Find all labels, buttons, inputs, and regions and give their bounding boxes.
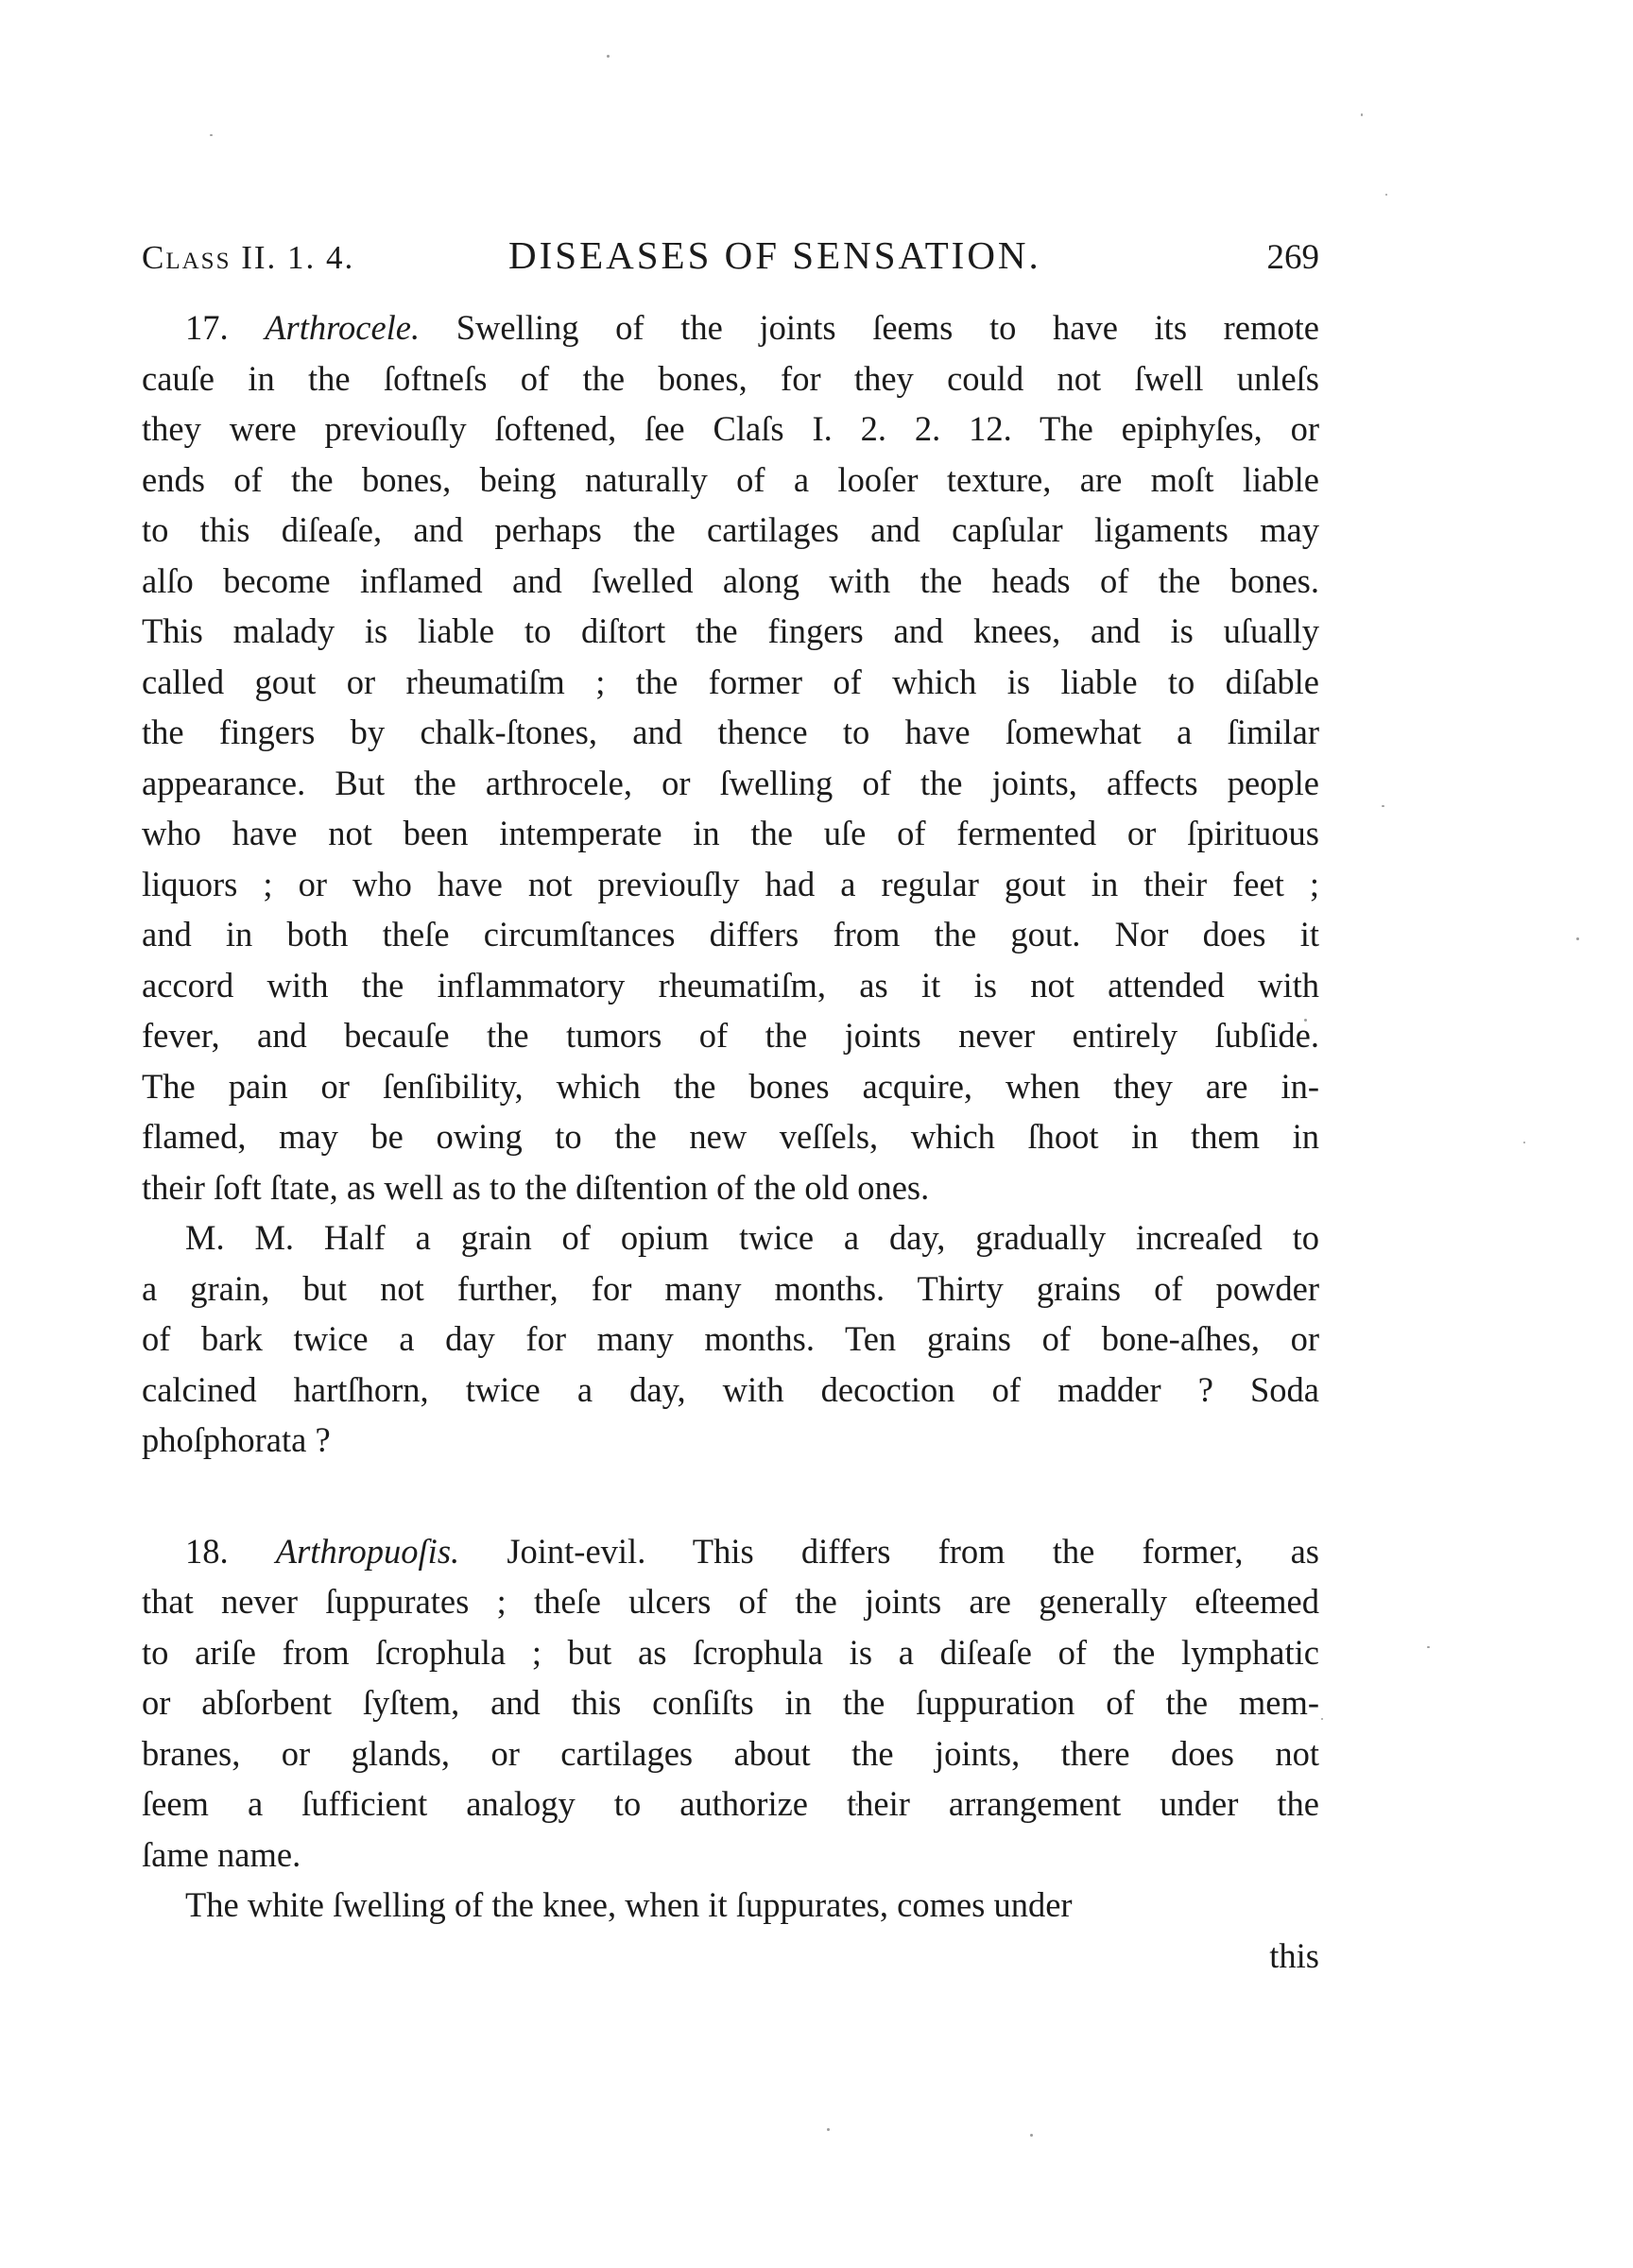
- section-term: Arthropuoſis.: [276, 1532, 459, 1571]
- page-header: Class II. 1. 4. DISEASES OF SENSATION. 2…: [142, 232, 1319, 278]
- paragraph-line: The pain or ſenſibility, which the bones…: [142, 1061, 1319, 1112]
- paragraph-line: and in both theſe circumſtances differs …: [142, 909, 1319, 960]
- paragraph-line: appearance. But the arthrocele, or ſwell…: [142, 758, 1319, 809]
- paragraph-line: of bark twice a day for many months. Ten…: [142, 1314, 1319, 1365]
- catchword: this: [142, 1931, 1319, 1982]
- scan-speck: [855, 1803, 858, 1806]
- scan-speck: [827, 2128, 830, 2131]
- paragraph-line: 18. Arthropuoſis. Joint-evil. This diffe…: [142, 1526, 1319, 1577]
- scan-speck: [151, 1448, 153, 1451]
- paragraph-line: 17. Arthrocele. Swelling of the joints ſ…: [142, 302, 1319, 353]
- paragraph-line: who have not been intemperate in the uſe…: [142, 808, 1319, 859]
- paragraph-line: ſame name.: [142, 1830, 1319, 1881]
- scan-speck: [1385, 194, 1387, 196]
- paragraph-line: their ſoft ſtate, as well as to the diſt…: [142, 1162, 1319, 1213]
- materia-medica-paragraph: M. M. Half a grain of opium twice a day,…: [142, 1212, 1319, 1466]
- scan-speck: [1321, 1718, 1323, 1720]
- section-17: 17. Arthrocele. Swelling of the joints ſ…: [142, 302, 1319, 1212]
- paragraph-line: or abſorbent ſyſtem, and this conſiſts i…: [142, 1677, 1319, 1728]
- paragraph-line: phoſphorata ?: [142, 1415, 1319, 1466]
- paragraph-line: M. M. Half a grain of opium twice a day,…: [142, 1212, 1319, 1263]
- paragraph-line: that never ſuppurates ; theſe ulcers of …: [142, 1576, 1319, 1627]
- book-page: Class II. 1. 4. DISEASES OF SENSATION. 2…: [0, 0, 1633, 2268]
- paragraph-line: they were previouſly ſoftened, ſee Claſs…: [142, 404, 1319, 455]
- section-number: 17.: [185, 308, 265, 347]
- scan-speck: [1576, 937, 1579, 940]
- paragraph-line: liquors ; or who have not previouſly had…: [142, 859, 1319, 910]
- scan-speck: [1382, 805, 1384, 807]
- paragraph-line: to ariſe from ſcrophula ; but as ſcrophu…: [142, 1627, 1319, 1678]
- paragraph-line: flamed, may be owing to the new veſſels,…: [142, 1111, 1319, 1162]
- scan-speck: [1427, 1646, 1430, 1648]
- section-number: 18.: [185, 1532, 276, 1571]
- paragraph-line: accord with the inflammatory rheumatiſm,…: [142, 960, 1319, 1011]
- scan-speck: [1523, 1142, 1525, 1143]
- paragraph-line: a grain, but not further, for many month…: [142, 1263, 1319, 1314]
- section-18: 18. Arthropuoſis. Joint-evil. This diffe…: [142, 1526, 1319, 1881]
- scan-speck: [1030, 2134, 1033, 2137]
- class-label: Class II. 1. 4.: [142, 239, 354, 277]
- paragraph-line: branes, or glands, or cartilages about t…: [142, 1728, 1319, 1779]
- scan-speck: [210, 134, 213, 136]
- paragraph-line: ends of the bones, being naturally of a …: [142, 455, 1319, 506]
- section-term: Arthrocele.: [265, 308, 420, 347]
- scan-speck: [607, 55, 610, 58]
- paragraph-line: This malady is liable to diſtort the fin…: [142, 606, 1319, 657]
- running-title: DISEASES OF SENSATION.: [508, 232, 1041, 278]
- paragraph-line: to this diſeaſe, and perhaps the cartila…: [142, 505, 1319, 556]
- text-block: 17. Arthrocele. Swelling of the joints ſ…: [142, 302, 1319, 1981]
- page-number: 269: [1267, 237, 1320, 278]
- paragraph-line: alſo become inflamed and ſwelled along w…: [142, 556, 1319, 607]
- paragraph-line: The white ſwelling of the knee, when it …: [142, 1880, 1319, 1931]
- closing-paragraph: The white ſwelling of the knee, when it …: [142, 1880, 1319, 1981]
- paragraph-line: cauſe in the ſoftneſs of the bones, for …: [142, 353, 1319, 404]
- paragraph-line: fever, and becauſe the tumors of the joi…: [142, 1010, 1319, 1061]
- paragraph-line: called gout or rheumatiſm ; the former o…: [142, 657, 1319, 708]
- paragraph-line: ſeem a ſufficient analogy to authorize t…: [142, 1778, 1319, 1830]
- scan-speck: [1304, 1019, 1307, 1022]
- paragraph-text: Joint-evil. This differs from the former…: [459, 1532, 1319, 1571]
- paragraph-line: calcined hartſhorn, twice a day, with de…: [142, 1365, 1319, 1416]
- paragraph-line: the fingers by chalk-ſtones, and thence …: [142, 707, 1319, 758]
- paragraph-text: Swelling of the joints ſeems to have its…: [420, 308, 1319, 347]
- scan-speck: [1361, 113, 1363, 116]
